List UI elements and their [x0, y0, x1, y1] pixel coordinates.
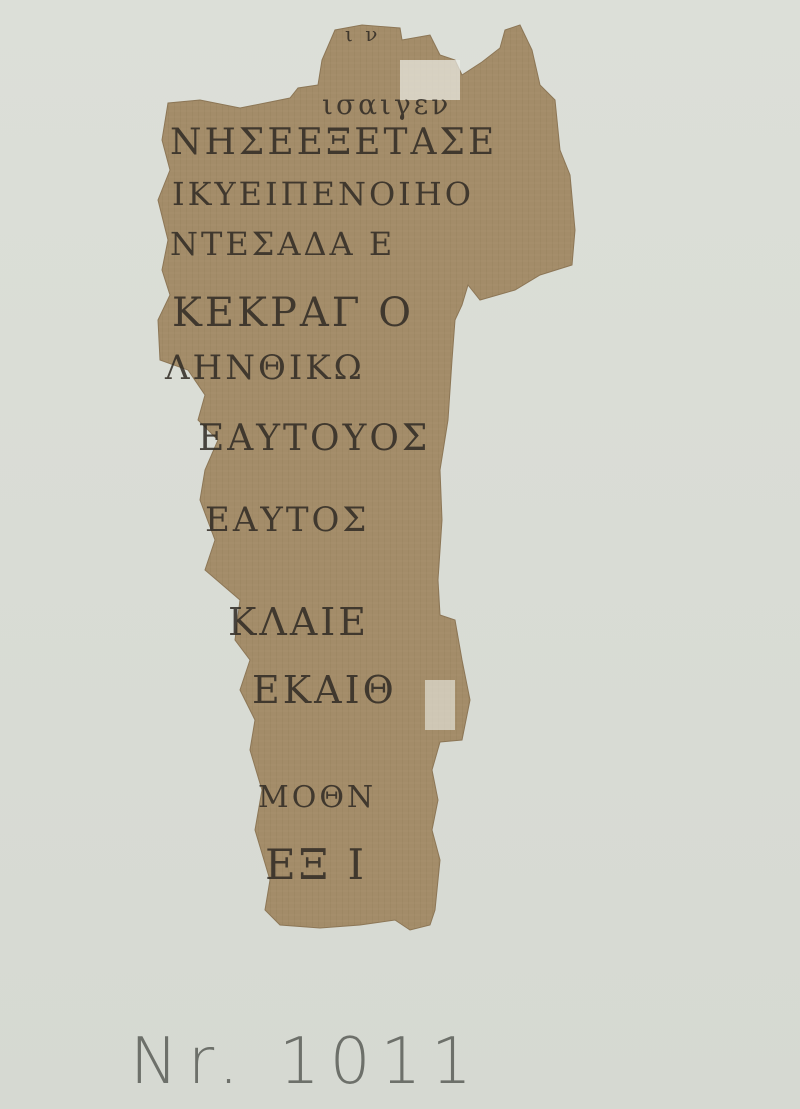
- script-line-1: ι ν: [345, 22, 380, 46]
- inventory-number-label: Nr. 1011: [130, 1025, 482, 1099]
- papyrus-fragment: [0, 0, 800, 1109]
- script-line-10: ΚΛΑΙΕ: [228, 600, 369, 644]
- script-line-7: ΛΗΝΘΙΚΩ: [165, 348, 365, 388]
- script-line-3: ΝΗΣΕΕΞΕΤΑΣΕ: [170, 122, 497, 163]
- script-line-2: ισαιγεν: [322, 88, 451, 121]
- script-line-5: ΝΤΕΣΑΔΑ Ε: [170, 225, 395, 263]
- script-line-11: ΕΚΑΙΘ: [252, 668, 397, 712]
- script-line-13: ΕΞ Ι: [265, 840, 367, 889]
- script-line-9: ΕΑΥΤΟΣ: [205, 500, 369, 540]
- script-line-6: ΚΕΚΡΑΓ Ο: [172, 290, 414, 336]
- script-line-12: ΜΟΘΝ: [258, 780, 376, 815]
- script-line-8: ΕΑΥΤΟΥΟΣ: [198, 418, 430, 459]
- script-line-4: ΙΚΥΕΙΠΕΝΟΙΗΟ: [172, 175, 474, 213]
